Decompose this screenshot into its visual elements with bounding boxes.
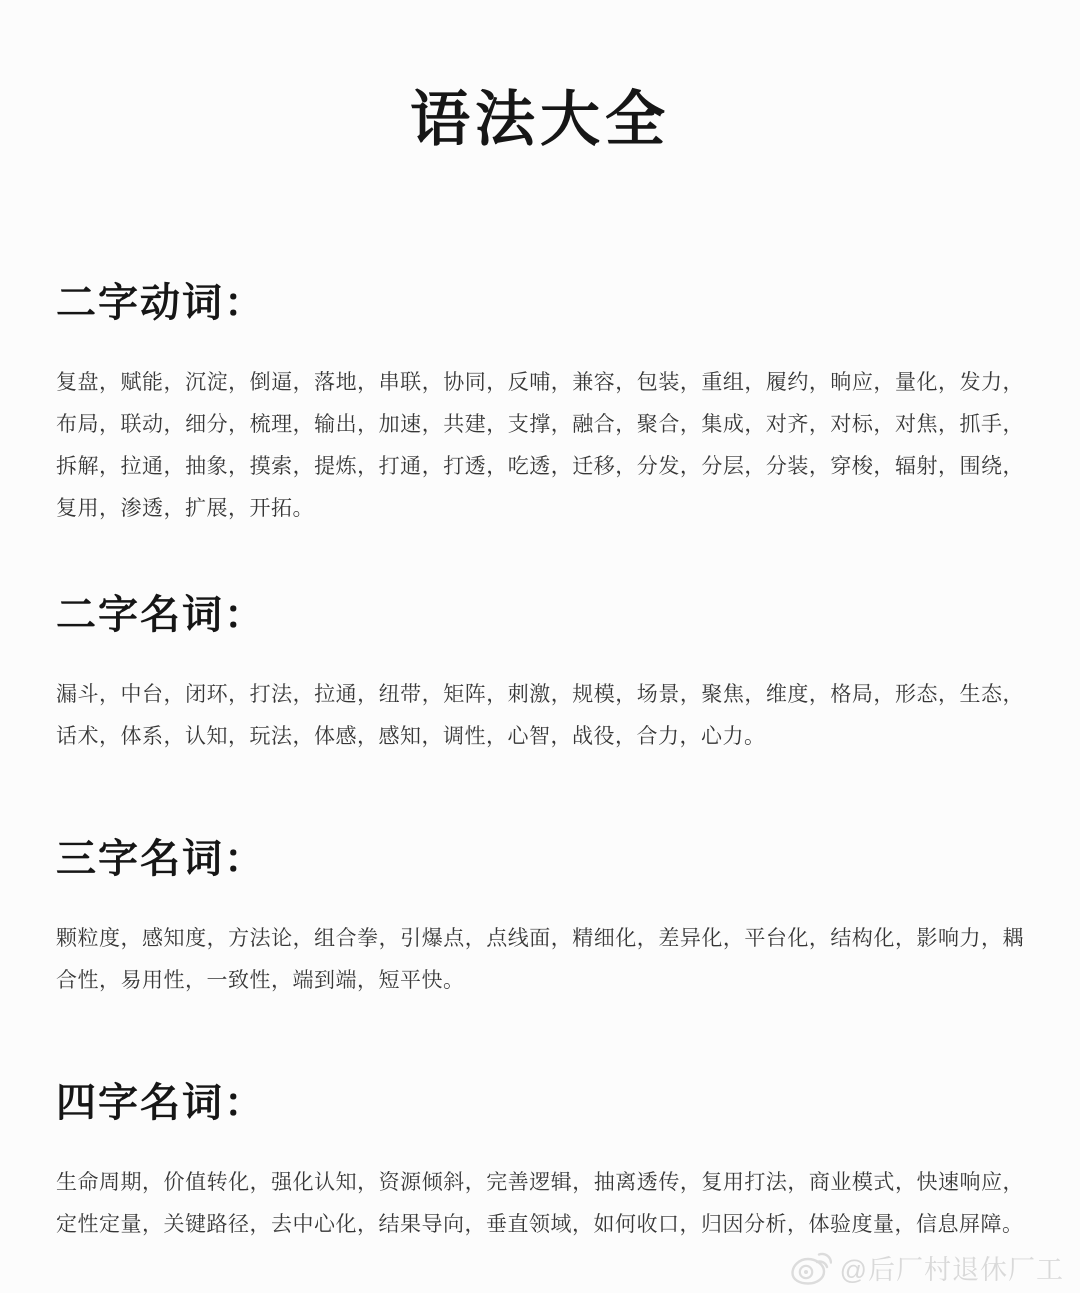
- section-heading-two-char-nouns: 二字名词：: [56, 592, 1024, 638]
- watermark-text: @后厂村退休厂工: [840, 1248, 1064, 1287]
- section-three-char-nouns: 三字名词： 颗粒度，感知度，方法论，组合拳，引爆点，点线面，精细化，差异化，平台…: [56, 836, 1024, 1002]
- section-two-char-nouns: 二字名词： 漏斗，中台，闭环，打法，拉通，纽带，矩阵，刺激，规模，场景，聚焦，维…: [56, 592, 1024, 758]
- terms-four-char-nouns: 生命周期，价值转化，强化认知，资源倾斜，完善逻辑，抽离透传，复用打法，商业模式，…: [56, 1162, 1024, 1246]
- section-two-char-verbs: 二字动词： 复盘，赋能，沉淀，倒逼，落地，串联，协同，反哺，兼容，包装，重组，履…: [56, 280, 1024, 530]
- terms-two-char-verbs: 复盘，赋能，沉淀，倒逼，落地，串联，协同，反哺，兼容，包装，重组，履约，晌应，量…: [56, 362, 1024, 530]
- terms-three-char-nouns: 颗粒度，感知度，方法论，组合拳，引爆点，点线面，精细化，差异化，平台化，结构化，…: [56, 918, 1024, 1002]
- section-four-char-nouns: 四字名词： 生命周期，价值转化，强化认知，资源倾斜，完善逻辑，抽离透传，复用打法…: [56, 1080, 1024, 1246]
- weibo-icon: [790, 1250, 832, 1286]
- section-heading-two-char-verbs: 二字动词：: [56, 280, 1024, 326]
- watermark: @后厂村退休厂工: [790, 1248, 1064, 1287]
- section-heading-four-char-nouns: 四字名词：: [56, 1080, 1024, 1126]
- section-heading-three-char-nouns: 三字名词：: [56, 836, 1024, 882]
- page-title: 语法大全: [0, 85, 1080, 155]
- document-page: 语法大全 二字动词： 复盘，赋能，沉淀，倒逼，落地，串联，协同，反哺，兼容，包装…: [0, 0, 1080, 1293]
- terms-two-char-nouns: 漏斗，中台，闭环，打法，拉通，纽带，矩阵，刺激，规模，场景，聚焦，维度，格局，形…: [56, 674, 1024, 758]
